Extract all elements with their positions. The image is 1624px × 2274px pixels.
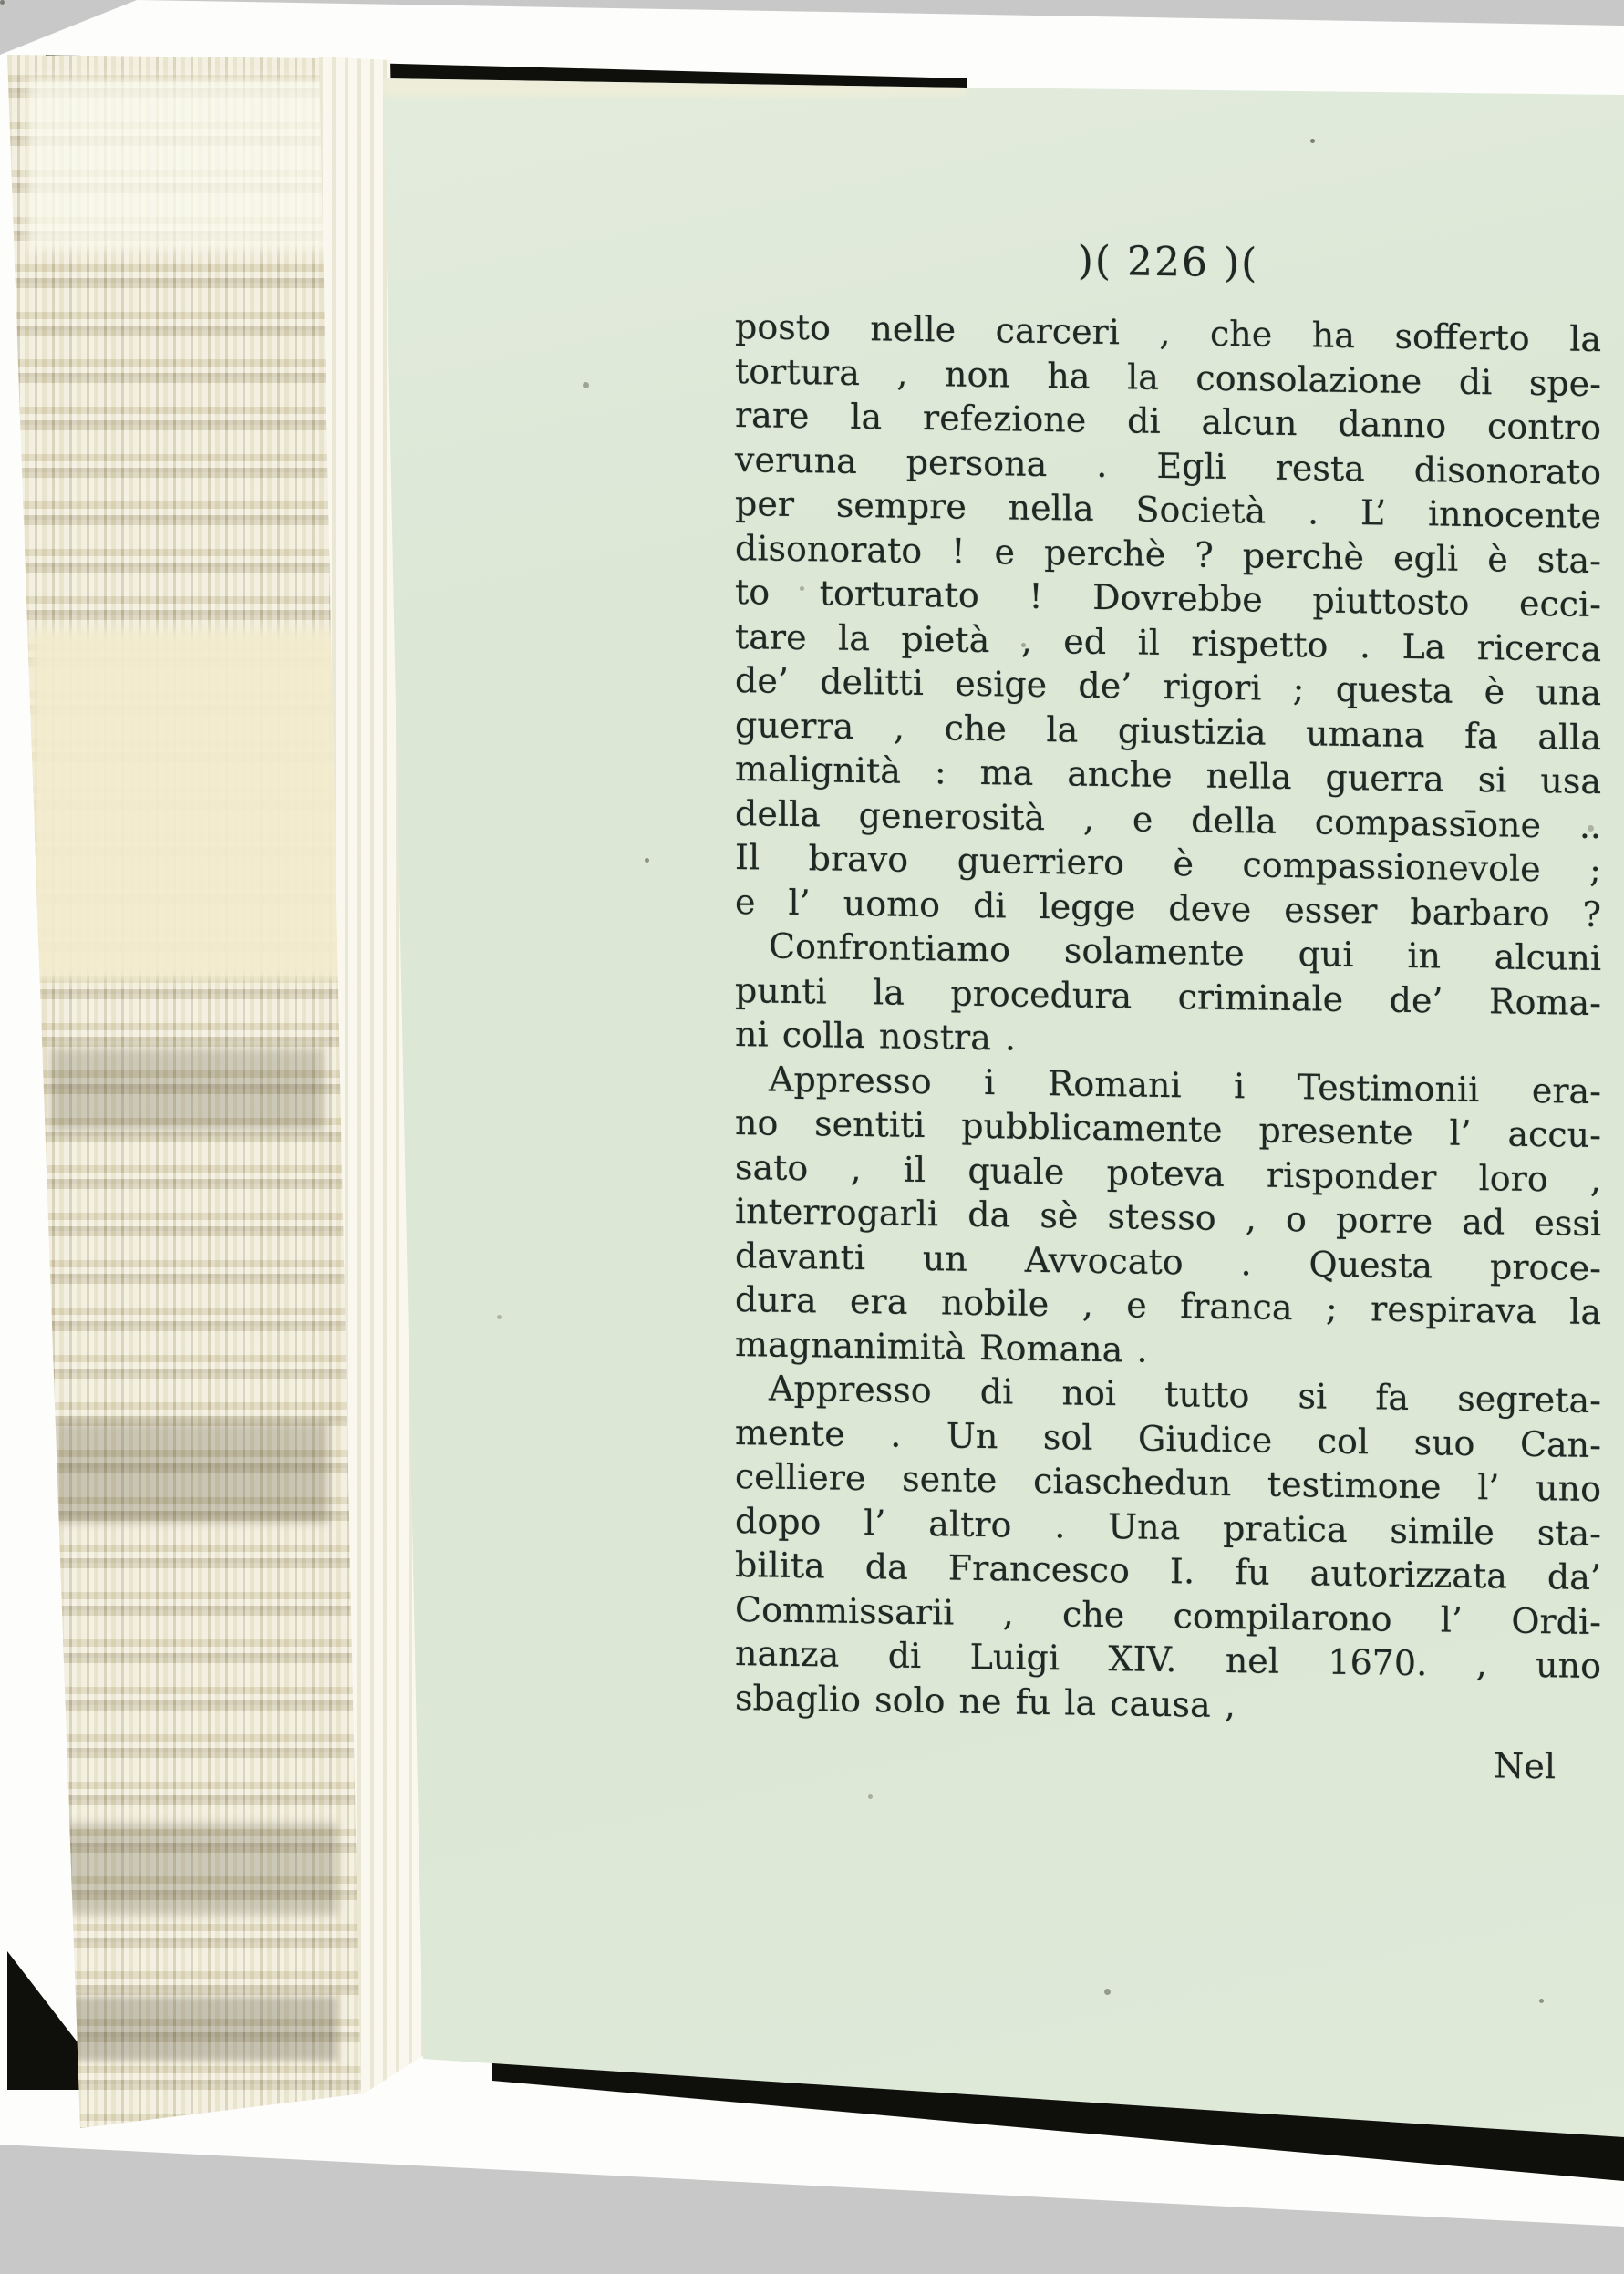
page-text: )( 226 )( posto nelle carceri , che ha s… (735, 233, 1601, 1789)
spine-dark-band (55, 1997, 337, 2061)
spine-dark-band (50, 1049, 324, 1131)
paper-specks (0, 0, 5, 5)
spine-highlight-band (27, 78, 356, 251)
scanned-book-photo: )( 226 )( posto nelle carceri , che ha s… (0, 0, 1624, 2274)
body-text: posto nelle carceri , che ha sofferto la… (735, 305, 1601, 1732)
spine-dark-band (55, 1422, 328, 1523)
spine-dark-band (64, 1824, 337, 1915)
